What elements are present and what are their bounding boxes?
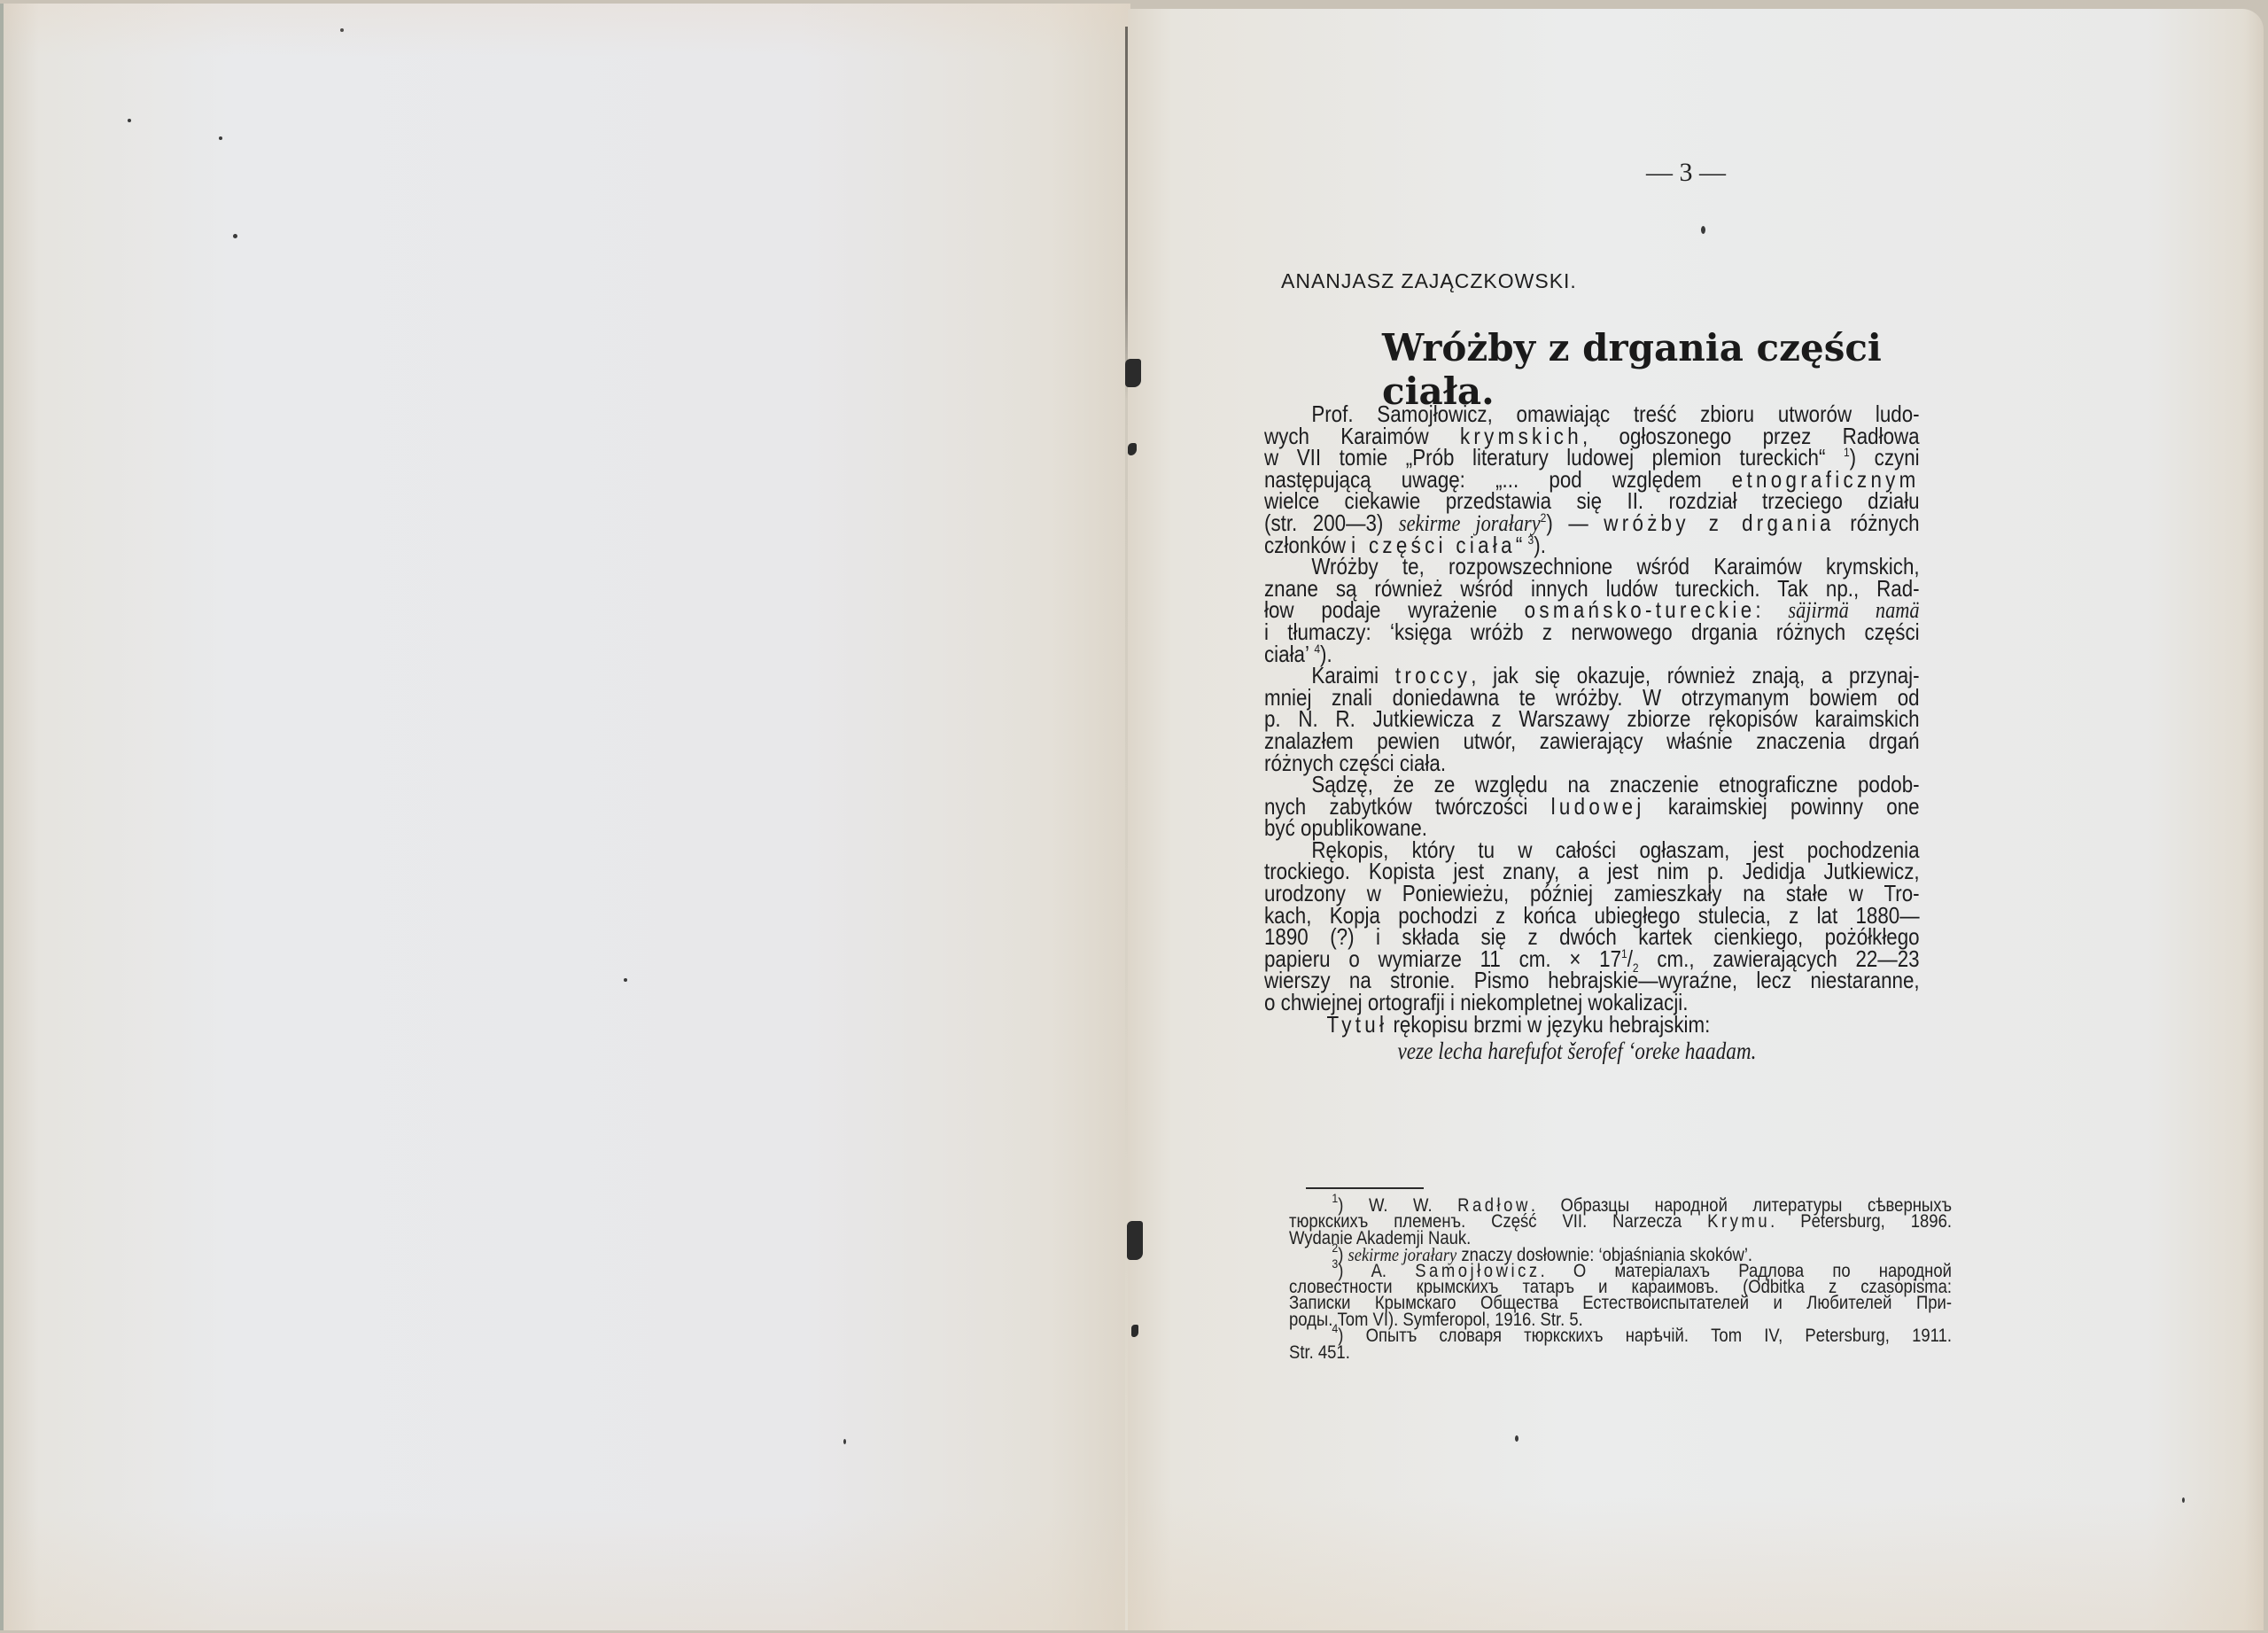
text: ) —	[1546, 509, 1604, 536]
spaced-emphasis: Krymu	[1707, 1211, 1770, 1232]
article-body: Prof. Samojłowicz, omawiając treść zbior…	[1264, 403, 1920, 1062]
author-name: ANANJASZ ZAJĄCZKOWSKI.	[1281, 269, 1577, 293]
text: i tłumaczy: ‘księga wróżb z nerwowego dr…	[1264, 618, 1920, 645]
staple-mark	[1127, 1221, 1143, 1260]
footnote-marker: 1	[1332, 1191, 1338, 1205]
footnote-marker: 2	[1332, 1240, 1338, 1255]
staple-mark	[1131, 1325, 1138, 1337]
page-text: — 3 — ANANJASZ ZAJĄCZKOWSKI. Wróżby z dr…	[0, 0, 2268, 1633]
footnote-marker: 3	[1332, 1256, 1338, 1271]
text: Str. 451.	[1289, 1342, 1350, 1363]
text: ciała’	[1264, 641, 1314, 667]
footnote-4: 4) Опытъ словаря тюркскихъ нарѣчій. Tom …	[1289, 1328, 1952, 1344]
text: różnych	[1835, 509, 1920, 536]
spaced-emphasis: Tytuł	[1327, 1011, 1388, 1038]
text: karaimskiej powinny one	[1645, 793, 1920, 820]
text: . Petersburg, 1896.	[1770, 1211, 1952, 1232]
spaced-emphasis: ludowej	[1551, 793, 1645, 820]
footnote-line: Str. 451.	[1289, 1345, 1952, 1361]
spaced-emphasis: wróżby z drgania	[1604, 509, 1834, 536]
footnotes: 1) W. W. Radłow. Образцы народной литера…	[1289, 1198, 1952, 1361]
footnote-marker: 4	[1332, 1321, 1338, 1335]
staple-mark	[1125, 359, 1141, 387]
body-line: Tytuł rękopisu brzmi w języku hebrajskim…	[1264, 1014, 1920, 1036]
footnote-separator	[1306, 1187, 1424, 1189]
text: rękopisu brzmi w języku hebrajskim:	[1387, 1011, 1710, 1038]
body-line: i tłumaczy: ‘księga wróżb z nerwowego dr…	[1264, 621, 1920, 643]
text: Опытъ словаря тюркскихъ нарѣчій. Tom IV,…	[1366, 1326, 1952, 1346]
page-number: — 3 —	[1633, 158, 1739, 188]
footnote-ref: 3	[1528, 533, 1534, 547]
manuscript-title-incipit: veze lecha harefufot šerofef ‘oreke haad…	[1264, 1040, 1920, 1062]
